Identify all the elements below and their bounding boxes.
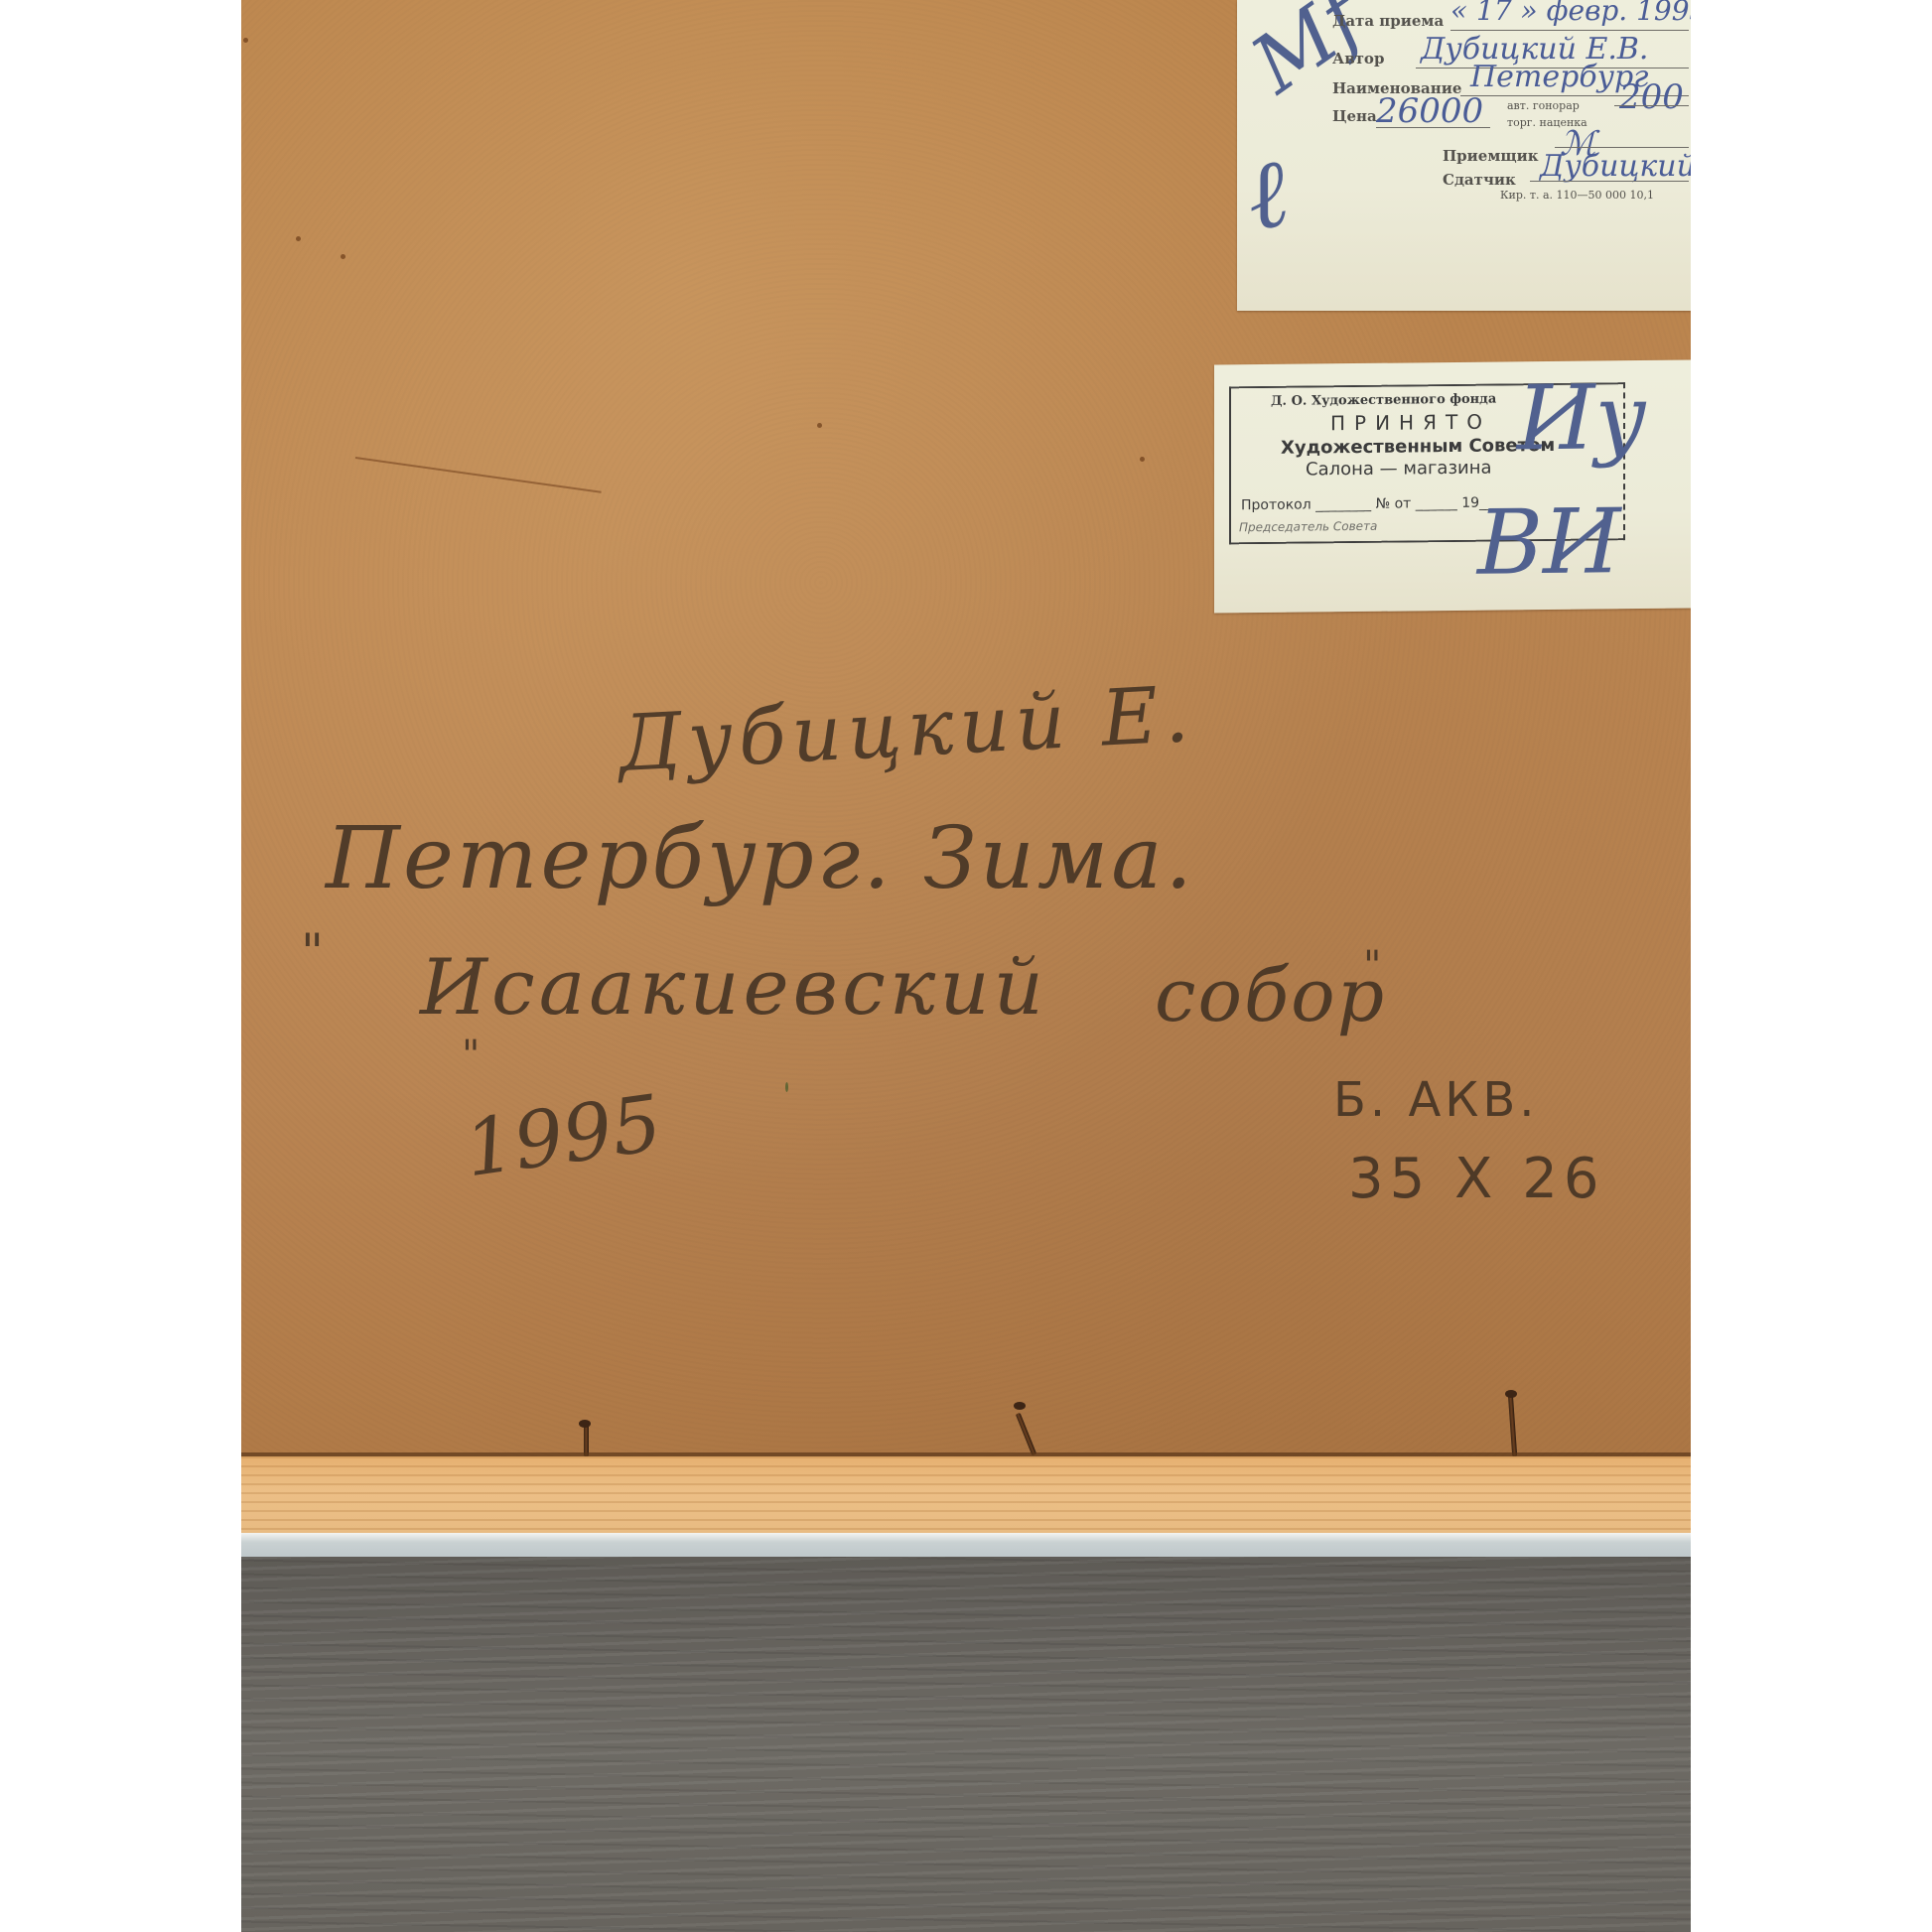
- handwritten-dimensions: 35 X 26: [1348, 1147, 1604, 1211]
- field-label-receiver: Приемщик: [1443, 147, 1539, 165]
- speck: [341, 254, 345, 259]
- stamp-salon: Салона — магазина: [1306, 458, 1492, 481]
- frame-white-edge: [241, 1533, 1691, 1557]
- field-label-royalty: авт. гонорар: [1507, 99, 1580, 112]
- speck: [296, 236, 301, 241]
- stamp-org: Д. О. Художественного фонда: [1271, 392, 1496, 409]
- nail-head: [1014, 1402, 1026, 1410]
- rule: [1614, 105, 1689, 106]
- field-label-author: Автор: [1332, 50, 1384, 68]
- field-value-date: « 17 » февр. 1995 г.: [1450, 0, 1691, 27]
- painting-back-photo: Дубицкий Е. Петербург. Зима. " Исаакиевс…: [241, 0, 1691, 1932]
- field-label-submitter: Сдатчик: [1443, 171, 1516, 189]
- nail: [584, 1425, 589, 1456]
- signature-bottom: ВИ: [1477, 489, 1621, 596]
- hardboard-backing: Дубицкий Е. Петербург. Зима. " Исаакиевс…: [241, 0, 1691, 1456]
- signature-loop: ℓ: [1238, 136, 1297, 252]
- field-value-submitter: Дубицкий: [1540, 149, 1691, 184]
- stamp-chairman: Председатель Совета: [1239, 519, 1377, 534]
- handwritten-quote-mark: ": [462, 1033, 482, 1078]
- nail: [1508, 1393, 1517, 1456]
- nail: [1016, 1413, 1036, 1456]
- field-label-price: Цена: [1332, 107, 1377, 125]
- handwritten-medium: Б. АКВ.: [1333, 1072, 1539, 1128]
- rule: [1376, 127, 1490, 128]
- stamp-council: Художественным Советом: [1281, 435, 1555, 459]
- handwritten-author: Дубицкий Е.: [617, 670, 1196, 789]
- pencil-scratch: [355, 457, 602, 493]
- receipt-label: Мf ℓ Дата приема « 17 » февр. 1995 г. Ав…: [1237, 0, 1691, 311]
- speck: [817, 423, 822, 428]
- stamp-accepted: ПРИНЯТО: [1330, 410, 1491, 436]
- handwritten-quote-close: ": [1363, 943, 1383, 989]
- speck: [785, 1082, 788, 1092]
- rule: [1530, 181, 1689, 182]
- field-value-price: 26000: [1376, 91, 1483, 131]
- frame-wood-strip: [241, 1456, 1691, 1533]
- field-label-date: Дата приема: [1332, 12, 1444, 30]
- rule: [1450, 30, 1689, 31]
- wooden-floor: [241, 1557, 1691, 1932]
- handwritten-title-cathedral: собор: [1155, 953, 1386, 1038]
- handwritten-title-line2: Исаакиевский: [420, 943, 1047, 1033]
- handwritten-quote-open: ": [301, 923, 326, 981]
- stamp-protocol: Протокол ________ № от ______ 19__: [1241, 495, 1493, 514]
- field-value-royalty: 200: [1619, 77, 1684, 117]
- speck: [1140, 457, 1145, 462]
- print-footer: Кир. т. а. 110—50 000 10,1: [1500, 189, 1654, 202]
- stamp-label: Д. О. Художественного фонда ПРИНЯТО Худо…: [1214, 359, 1691, 613]
- speck: [243, 38, 248, 43]
- handwritten-year: 1995: [460, 1079, 667, 1195]
- nail-head: [579, 1420, 591, 1428]
- signature-top: Иу: [1517, 365, 1647, 471]
- rule: [1555, 147, 1689, 148]
- nail-head: [1505, 1390, 1517, 1398]
- handwritten-title-line1: Петербург. Зима.: [326, 809, 1195, 908]
